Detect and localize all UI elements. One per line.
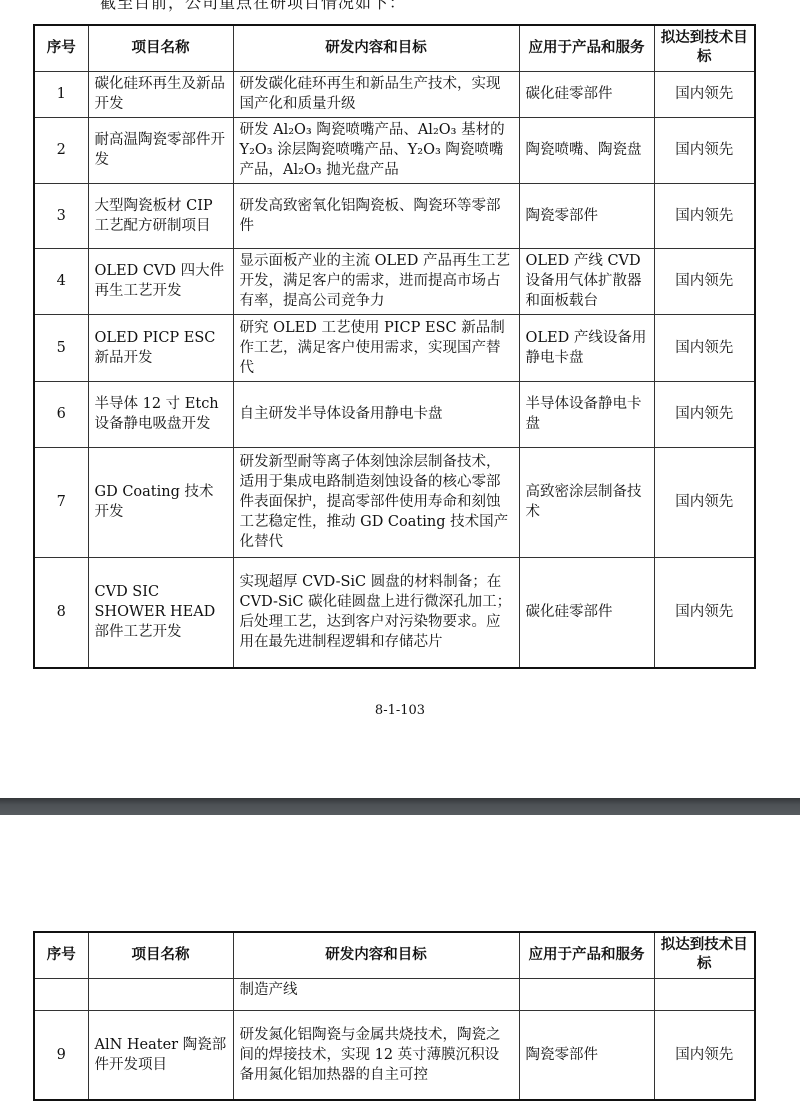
table-row: 制造产线 bbox=[34, 978, 755, 1010]
table-row: 8 CVD SIC SHOWER HEAD 部件工艺开发 实现超厚 CVD-Si… bbox=[34, 557, 755, 668]
cell-goal: 国内领先 bbox=[654, 1010, 755, 1100]
cell-content: 研究 OLED 工艺使用 PICP ESC 新品制作工艺，满足客户使用需求，实现… bbox=[233, 314, 519, 381]
header-name: 项目名称 bbox=[88, 25, 233, 71]
table-row: 7 GD Coating 技术开发 研发新型耐等离子体刻蚀涂层制备技术，适用于集… bbox=[34, 447, 755, 557]
cell-name: 耐高温陶瓷零部件开发 bbox=[88, 117, 233, 183]
cell-application: 陶瓷喷嘴、陶瓷盘 bbox=[519, 117, 654, 183]
cell-index: 9 bbox=[34, 1010, 88, 1100]
cell-index bbox=[34, 978, 88, 1010]
cell-application: 高致密涂层制备技术 bbox=[519, 447, 654, 557]
table-row: 3 大型陶瓷板材 CIP 工艺配方研制项目 研发高致密氧化铝陶瓷板、陶瓷环等零部… bbox=[34, 183, 755, 248]
cell-index: 4 bbox=[34, 248, 88, 314]
header-name: 项目名称 bbox=[88, 932, 233, 978]
cell-goal: 国内领先 bbox=[654, 381, 755, 447]
cell-goal: 国内领先 bbox=[654, 248, 755, 314]
header-content: 研发内容和目标 bbox=[233, 932, 519, 978]
cell-application: 碳化硅零部件 bbox=[519, 557, 654, 668]
rd-projects-table-continued: 序号 项目名称 研发内容和目标 应用于产品和服务 拟达到技术目标 制造产线 9 … bbox=[33, 931, 756, 1101]
cell-name: AlN Heater 陶瓷部件开发项目 bbox=[88, 1010, 233, 1100]
cell-name: 碳化硅环再生及新品开发 bbox=[88, 71, 233, 117]
table-row: 1 碳化硅环再生及新品开发 研发碳化硅环再生和新品生产技术，实现国产化和质量升级… bbox=[34, 71, 755, 117]
header-application: 应用于产品和服务 bbox=[519, 25, 654, 71]
cell-content: 显示面板产业的主流 OLED 产品再生工艺开发，满足客户的需求，进而提高市场占有… bbox=[233, 248, 519, 314]
cell-content: 制造产线 bbox=[233, 978, 519, 1010]
cell-goal: 国内领先 bbox=[654, 447, 755, 557]
cell-content: 研发新型耐等离子体刻蚀涂层制备技术，适用于集成电路制造刻蚀设备的核心零部件表面保… bbox=[233, 447, 519, 557]
cell-application: 陶瓷零部件 bbox=[519, 183, 654, 248]
table-row: 5 OLED PICP ESC 新品开发 研究 OLED 工艺使用 PICP E… bbox=[34, 314, 755, 381]
cell-content: 研发 Al₂O₃ 陶瓷喷嘴产品、Al₂O₃ 基材的 Y₂O₃ 涂层陶瓷喷嘴产品、… bbox=[233, 117, 519, 183]
cell-name: 大型陶瓷板材 CIP 工艺配方研制项目 bbox=[88, 183, 233, 248]
cell-name: 半导体 12 寸 Etch 设备静电吸盘开发 bbox=[88, 381, 233, 447]
cell-index: 7 bbox=[34, 447, 88, 557]
cell-application bbox=[519, 978, 654, 1010]
cell-index: 5 bbox=[34, 314, 88, 381]
cell-index: 3 bbox=[34, 183, 88, 248]
header-application: 应用于产品和服务 bbox=[519, 932, 654, 978]
page-separator bbox=[0, 798, 800, 815]
cell-application: 半导体设备静电卡盘 bbox=[519, 381, 654, 447]
cell-index: 6 bbox=[34, 381, 88, 447]
cell-goal: 国内领先 bbox=[654, 183, 755, 248]
header-content: 研发内容和目标 bbox=[233, 25, 519, 71]
cell-application: OLED 产线 CVD 设备用气体扩散器和面板载台 bbox=[519, 248, 654, 314]
table-header-row: 序号 项目名称 研发内容和目标 应用于产品和服务 拟达到技术目标 bbox=[34, 25, 755, 71]
page-number: 8-1-103 bbox=[0, 703, 800, 718]
cell-name: OLED PICP ESC 新品开发 bbox=[88, 314, 233, 381]
table-row: 6 半导体 12 寸 Etch 设备静电吸盘开发 自主研发半导体设备用静电卡盘 … bbox=[34, 381, 755, 447]
cell-application: 陶瓷零部件 bbox=[519, 1010, 654, 1100]
cell-content: 研发高致密氧化铝陶瓷板、陶瓷环等零部件 bbox=[233, 183, 519, 248]
cell-name: CVD SIC SHOWER HEAD 部件工艺开发 bbox=[88, 557, 233, 668]
table-header-row: 序号 项目名称 研发内容和目标 应用于产品和服务 拟达到技术目标 bbox=[34, 932, 755, 978]
table-row: 4 OLED CVD 四大件再生工艺开发 显示面板产业的主流 OLED 产品再生… bbox=[34, 248, 755, 314]
rd-projects-table: 序号 项目名称 研发内容和目标 应用于产品和服务 拟达到技术目标 1 碳化硅环再… bbox=[33, 24, 756, 669]
cell-index: 8 bbox=[34, 557, 88, 668]
cell-goal: 国内领先 bbox=[654, 71, 755, 117]
cell-application: 碳化硅零部件 bbox=[519, 71, 654, 117]
cell-goal: 国内领先 bbox=[654, 557, 755, 668]
cell-application: OLED 产线设备用静电卡盘 bbox=[519, 314, 654, 381]
cell-name bbox=[88, 978, 233, 1010]
cell-content: 自主研发半导体设备用静电卡盘 bbox=[233, 381, 519, 447]
cell-index: 1 bbox=[34, 71, 88, 117]
cell-name: OLED CVD 四大件再生工艺开发 bbox=[88, 248, 233, 314]
intro-paragraph: 截至目前，公司重点在研项目情况如下： bbox=[100, 0, 406, 13]
cell-goal: 国内领先 bbox=[654, 314, 755, 381]
cell-content: 研发氮化铝陶瓷与金属共烧技术，陶瓷之间的焊接技术，实现 12 英寸薄膜沉积设备用… bbox=[233, 1010, 519, 1100]
cell-goal: 国内领先 bbox=[654, 117, 755, 183]
cell-name: GD Coating 技术开发 bbox=[88, 447, 233, 557]
cell-content: 实现超厚 CVD-SiC 圆盘的材料制备；在 CVD-SiC 碳化硅圆盘上进行微… bbox=[233, 557, 519, 668]
cell-content: 研发碳化硅环再生和新品生产技术，实现国产化和质量升级 bbox=[233, 71, 519, 117]
cell-index: 2 bbox=[34, 117, 88, 183]
header-goal: 拟达到技术目标 bbox=[654, 932, 755, 978]
header-index: 序号 bbox=[34, 932, 88, 978]
table-row: 9 AlN Heater 陶瓷部件开发项目 研发氮化铝陶瓷与金属共烧技术，陶瓷之… bbox=[34, 1010, 755, 1100]
header-index: 序号 bbox=[34, 25, 88, 71]
header-goal: 拟达到技术目标 bbox=[654, 25, 755, 71]
table-row: 2 耐高温陶瓷零部件开发 研发 Al₂O₃ 陶瓷喷嘴产品、Al₂O₃ 基材的 Y… bbox=[34, 117, 755, 183]
cell-goal bbox=[654, 978, 755, 1010]
